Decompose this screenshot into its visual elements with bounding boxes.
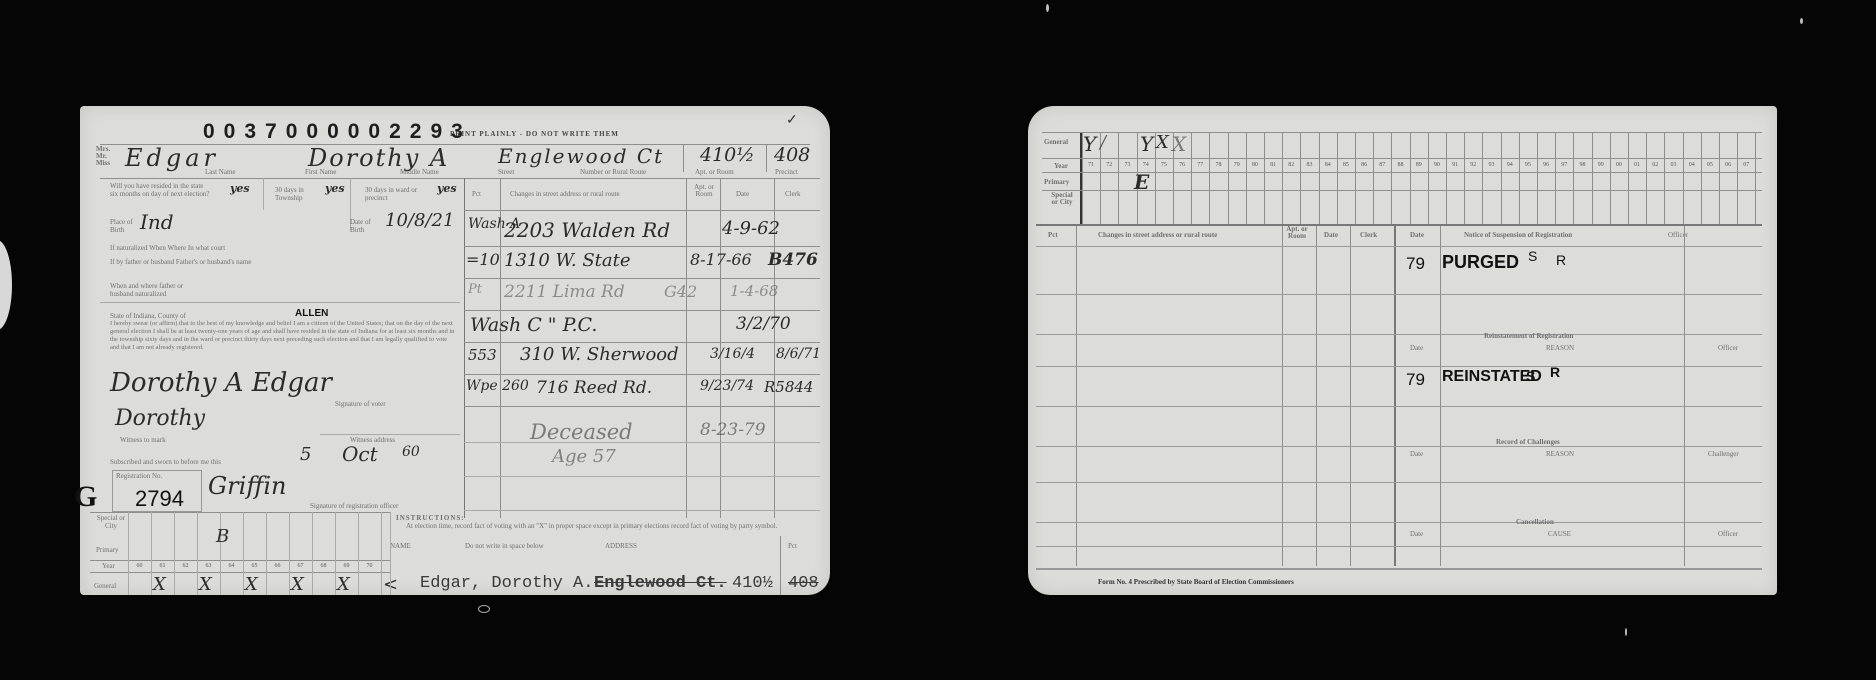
grid-label-primary: Primary (96, 546, 119, 554)
back-grid-year: 94 (1501, 162, 1519, 168)
label-by-father: If by father or husband Father's or husb… (110, 258, 410, 266)
reinstatement-date-label: Date (1410, 344, 1423, 352)
table-row: Pt 2211 Lima Rd G42 1-4-68 (464, 280, 824, 310)
back-grid-year: 74 (1137, 162, 1155, 168)
row-address: 310 W. Sherwood (520, 344, 679, 365)
row-clerk: B476 (768, 250, 818, 270)
apt-value: 410½ (700, 144, 755, 166)
back-grid-year: 89 (1410, 162, 1428, 168)
general-mark: Y (1140, 132, 1153, 156)
general-mark: X (291, 574, 304, 595)
label-witness-mark: Witness to mark (120, 436, 166, 444)
general-mark: X (153, 574, 166, 595)
reinstatement-reason-label: REASON (1546, 344, 1574, 352)
suspension-title: Notice of Suspension of Registration (1464, 231, 1572, 239)
back-grid-year: 73 (1118, 162, 1136, 168)
back-grid-year: 95 (1519, 162, 1537, 168)
header-note: PRINT PLAINLY - DO NOT WRITE THEM (450, 130, 619, 138)
label-precinct: Precinct (775, 168, 798, 176)
grid-year: 67 (289, 563, 312, 569)
row-pct: Pt (468, 282, 482, 297)
general-mark: X (337, 574, 350, 595)
oath-text: I hereby swear (or affirm) that to the b… (110, 320, 455, 352)
row-date: 9/23/74 (700, 378, 754, 394)
grid-year: 70 (358, 563, 381, 569)
label-instr-pct: Pct (788, 542, 797, 550)
officer-signature: Griffin (208, 472, 286, 500)
label-resided-state: Will you have resided in the state six m… (110, 182, 210, 198)
label-registration-no: Registration No. (116, 472, 162, 480)
witness-signature: Dorothy (115, 406, 205, 431)
date-of-birth-value: 10/8/21 (385, 210, 454, 231)
row-address: 1310 W. State (504, 250, 631, 271)
suspension-entry-text: PURGED (1442, 252, 1519, 273)
challenge-challenger-label: Challenger (1708, 450, 1739, 458)
back-grid-year: 92 (1464, 162, 1482, 168)
place-of-birth-value: Ind (140, 210, 174, 234)
back-grid-year: 96 (1537, 162, 1555, 168)
cancellation-officer-label: Officer (1718, 530, 1738, 538)
back-grid-year: 78 (1209, 162, 1227, 168)
reinstatement-entry-r: R (1550, 364, 1560, 380)
table-row: Wpe 260 716 Reed Rd. 9/23/74 R5844 (464, 376, 824, 406)
general-mark: X (1172, 132, 1186, 156)
table-row: Age 57 (464, 446, 824, 476)
challenge-date-label: Date (1410, 450, 1423, 458)
back-grid-year: 87 (1373, 162, 1391, 168)
label-do-not-write: Do not write in space below (465, 542, 544, 550)
cancellation-title: Cancellation (1516, 518, 1554, 526)
label-middle-name: Middle Name (400, 168, 439, 176)
challenge-title: Record of Challenges (1496, 438, 1560, 446)
back-label-primary: Primary (1044, 178, 1069, 186)
back-label-pct: Pct (1048, 231, 1058, 239)
back-grid-year: 07 (1737, 162, 1755, 168)
table-row: Wash A 2203 Walden Rd 4-9-62 (464, 214, 824, 248)
back-grid-year: 86 (1355, 162, 1373, 168)
table-row: Deceased 8-23-79 (464, 418, 824, 448)
reinstatement-title: Reinstatement of Registration (1484, 332, 1573, 340)
voter-registration-card-front: 0037000002293 PRINT PLAINLY - DO NOT WRI… (80, 106, 830, 595)
back-grid-year: 05 (1701, 162, 1719, 168)
serial-number: 0037000002293 (203, 120, 472, 144)
row-pct: Wpe 260 (466, 378, 529, 394)
label-first-name: First Name (305, 168, 336, 176)
grid-year: 65 (243, 563, 266, 569)
back-grid-year: 84 (1319, 162, 1337, 168)
back-label-general: General (1044, 138, 1068, 146)
back-grid-year: 88 (1391, 162, 1409, 168)
grid-year: 66 (266, 563, 289, 569)
row-date: 8-17-66 (690, 250, 752, 269)
typed-apt: 410½ (732, 574, 773, 593)
primary-mark: B (216, 526, 229, 547)
check-mark-icon: ✓ (786, 112, 798, 129)
precinct-value: 408 (774, 144, 810, 166)
form-footer: Form No. 4 Prescribed by State Board of … (1098, 578, 1294, 586)
row-pct: =10 (466, 250, 500, 269)
grid-label-year: Year (102, 562, 115, 570)
label-state-county: State of Indiana, County of (110, 312, 186, 320)
registration-number: 2794 (135, 486, 184, 512)
row-address: 716 Reed Rd. (536, 378, 652, 398)
grid-year: 68 (312, 563, 335, 569)
back-grid-year: 72 (1100, 162, 1118, 168)
back-grid-year: 97 (1555, 162, 1573, 168)
label-street: Street (498, 168, 514, 176)
back-grid-year: 90 (1428, 162, 1446, 168)
suspension-entry-s: S (1528, 248, 1537, 264)
back-grid-year: 06 (1719, 162, 1737, 168)
general-mark: Y (1083, 132, 1096, 156)
back-label-special: Special or City (1048, 192, 1076, 206)
back-grid-year: 83 (1300, 162, 1318, 168)
suspension-date-label: Date (1410, 231, 1424, 239)
scan-edge-artifact (0, 240, 12, 330)
general-mark: X (1156, 132, 1169, 153)
label-date: Date (736, 190, 749, 198)
reinstatement-entry-s: S (1526, 368, 1535, 384)
reinstatement-officer-label: Officer (1718, 344, 1738, 352)
back-grid-year: 98 (1573, 162, 1591, 168)
label-clerk: Clerk (785, 190, 801, 198)
back-grid-year: 81 (1264, 162, 1282, 168)
grid-label-special: Special or City (96, 514, 126, 530)
row-clerk: R5844 (764, 378, 813, 396)
row-address: 2211 Lima Rd (504, 282, 625, 302)
suspension-officer-label: Officer (1668, 231, 1688, 239)
label-pct: Pct (472, 190, 481, 198)
label-last-name: Last Name (205, 168, 236, 176)
row-date: 3/16/4 (710, 346, 755, 362)
typed-address: Englewood Ct. (594, 574, 727, 593)
resided-ward-answer: yes (437, 182, 457, 195)
general-mark: X (245, 574, 258, 595)
cancellation-date-label: Date (1410, 530, 1423, 538)
suspension-entry-r: R (1556, 252, 1566, 268)
row-date: 3/2/70 (736, 314, 791, 334)
back-grid-year: 77 (1191, 162, 1209, 168)
row-pct: 553 (468, 346, 497, 364)
general-mark: X (199, 574, 212, 595)
back-grid-year: 75 (1155, 162, 1173, 168)
back-grid-year: 93 (1482, 162, 1500, 168)
grid-year: 60 (128, 563, 151, 569)
row-date: 1-4-68 (730, 282, 778, 300)
back-grid-year: 02 (1646, 162, 1664, 168)
registration-letter: G (74, 480, 97, 514)
resided-township-answer: yes (325, 182, 345, 195)
table-row: =10 1310 W. State 8-17-66 B476 (464, 248, 824, 278)
grid-year: 69 (335, 563, 358, 569)
row-address: Age 57 (552, 446, 616, 467)
row-date: 4-9-62 (722, 218, 780, 239)
label-subscribed: Subscribed and sworn to before me this (110, 458, 221, 466)
back-label-address: Changes in street address or rural route (1098, 231, 1217, 239)
street-value: Englewood Ct (498, 144, 664, 168)
back-label-date: Date (1324, 231, 1338, 239)
label-date-of-birth: Date of Birth (350, 218, 380, 234)
county-value: ALLEN (295, 308, 328, 319)
label-resided-ward: 30 days in ward or precinct (365, 186, 435, 202)
row-clerk: 8/6/71 (776, 346, 821, 362)
back-grid-year: 85 (1337, 162, 1355, 168)
label-apt-or-room: Apt. or Room (690, 184, 718, 198)
back-grid-year: 04 (1683, 162, 1701, 168)
back-grid-year: 71 (1082, 162, 1100, 168)
back-grid-year: 80 (1246, 162, 1264, 168)
subscribed-month: Oct (342, 442, 378, 466)
back-grid-year: 99 (1592, 162, 1610, 168)
cancellation-cause-label: CAUSE (1548, 530, 1571, 538)
label-apt-room: Apt. or Room (695, 168, 734, 176)
row-apt: G42 (664, 282, 697, 301)
grid-label-general: General (94, 582, 116, 590)
table-row: 553 310 W. Sherwood 3/16/4 8/6/71 (464, 344, 824, 374)
row-address: 2203 Walden Rd (504, 218, 670, 242)
voter-signature: Dorothy A Edgar (110, 368, 332, 398)
suspension-entry-date: 79 (1406, 254, 1425, 274)
primary-mark: E (1134, 170, 1149, 194)
table-row: Wash C " P.C. 3/2/70 (464, 312, 824, 342)
label-naturalized: If naturalized When Where In what court (110, 244, 410, 252)
back-grid-year: 01 (1628, 162, 1646, 168)
reinstatement-entry-date: 79 (1406, 370, 1425, 390)
row-date: 8-23-79 (700, 420, 766, 440)
challenge-reason-label: REASON (1546, 450, 1574, 458)
instructions-title: INSTRUCTIONS: (396, 514, 465, 522)
instructions-text: At election time, record fact of voting … (406, 522, 806, 530)
back-grid-year: 03 (1664, 162, 1682, 168)
typed-name: Edgar, Dorothy A. (420, 574, 593, 593)
grid-year: 62 (174, 563, 197, 569)
grid-year: 63 (197, 563, 220, 569)
title-prefix: Mrs. Mr. Miss (96, 146, 118, 167)
general-mark: / (1100, 132, 1106, 153)
back-label-apt: Apt. or Room (1284, 226, 1310, 240)
back-grid-year: 76 (1173, 162, 1191, 168)
row-address: Wash C " P.C. (470, 314, 597, 336)
voter-registration-card-back: General Year Primary Special or City 717… (1028, 106, 1777, 595)
typed-pct: 408 (788, 574, 819, 593)
resided-state-answer: yes (230, 182, 250, 195)
back-label-year: Year (1054, 162, 1068, 170)
back-grid-year: 91 (1446, 162, 1464, 168)
back-grid-year: 00 (1610, 162, 1628, 168)
grid-year: 61 (151, 563, 174, 569)
label-address: ADDRESS (605, 542, 637, 550)
label-place-of-birth: Place of Birth (110, 218, 140, 234)
label-when-where: When and where father or husband natural… (110, 282, 200, 298)
row-address: Deceased (530, 420, 633, 444)
back-label-clerk: Clerk (1360, 231, 1377, 239)
label-number-rural: Number or Rural Route (580, 168, 646, 176)
label-resided-township: 30 days in Township (275, 186, 330, 202)
label-changes-header: Changes in street address or rural route (510, 190, 620, 198)
back-grid-year: 82 (1282, 162, 1300, 168)
subscribed-day: 5 (300, 444, 311, 465)
label-signature-officer: Signature of registration officer (310, 502, 398, 510)
label-signature-voter: Signature of voter (335, 400, 386, 408)
grid-year: 64 (220, 563, 243, 569)
subscribed-year: 60 (402, 444, 420, 460)
label-name: NAME (390, 542, 411, 550)
back-grid-year: 79 (1228, 162, 1246, 168)
